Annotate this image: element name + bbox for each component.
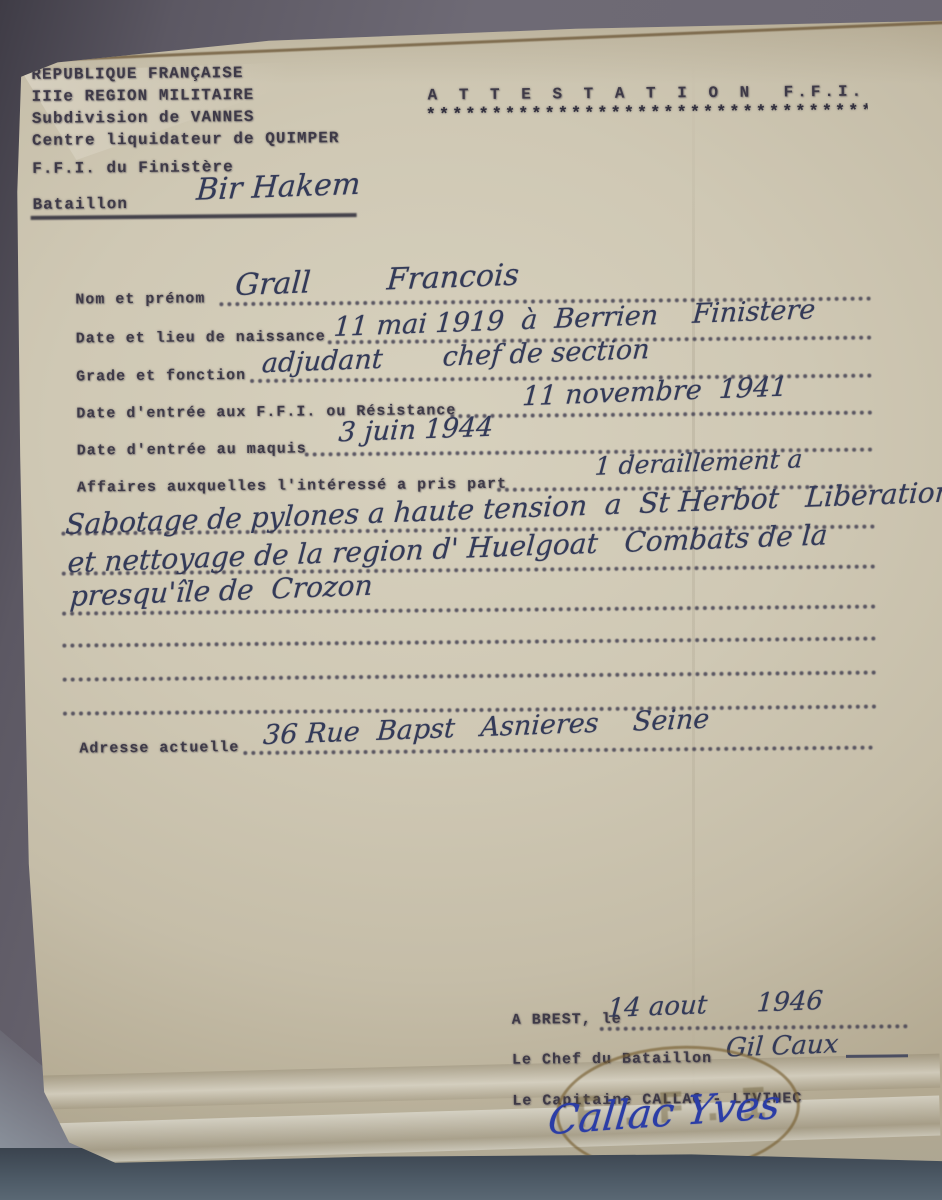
field-value-affairs: 1 deraillement a: [594, 444, 804, 481]
letterhead-line: IIIe REGION MILITAIRE: [32, 86, 255, 106]
dotted-leader: [62, 637, 876, 648]
letterhead-line: Centre liquidateur de QUIMPER: [32, 129, 340, 150]
field-label-birth: Date et lieu de naissance: [76, 328, 326, 347]
title-asterisk-rule: **************************************: [426, 103, 868, 126]
battalion-handwritten-value: Bir Hakem: [195, 167, 361, 208]
document-title: A T T E S T A T I O N: [428, 84, 756, 105]
battalion-underline: [31, 213, 357, 220]
document-paper: REPUBLIQUE FRANÇAISE IIIe REGION MILITAI…: [0, 0, 942, 1200]
field-label-entry-maquis: Date d'entrée au maquis: [77, 441, 307, 460]
field-value-entry-maquis: 3 juin 1944: [338, 412, 495, 449]
place-date-handwritten: 14 aout 1946: [607, 986, 824, 1024]
signature-dash: [846, 1054, 908, 1058]
photo-background: REPUBLIQUE FRANÇAISE IIIe REGION MILITAI…: [0, 0, 942, 1200]
field-value-name: Grall Francois: [234, 258, 520, 304]
document-content: REPUBLIQUE FRANÇAISE IIIe REGION MILITAI…: [0, 0, 942, 1200]
dotted-leader: [450, 411, 872, 419]
dotted-leader: [63, 671, 877, 682]
letterhead-line: Subdivision de VANNES: [32, 108, 255, 128]
document-title-suffix: F.F.I.: [784, 83, 866, 102]
field-label-grade: Grade et fonction: [76, 367, 246, 385]
dotted-leader: [600, 1024, 908, 1031]
letterhead-line: REPUBLIQUE FRANÇAISE: [31, 64, 243, 84]
field-label-name: Nom et prénom: [75, 290, 205, 308]
battalion-label: Bataillon: [32, 195, 128, 214]
field-label-address: Adresse actuelle: [79, 739, 239, 757]
